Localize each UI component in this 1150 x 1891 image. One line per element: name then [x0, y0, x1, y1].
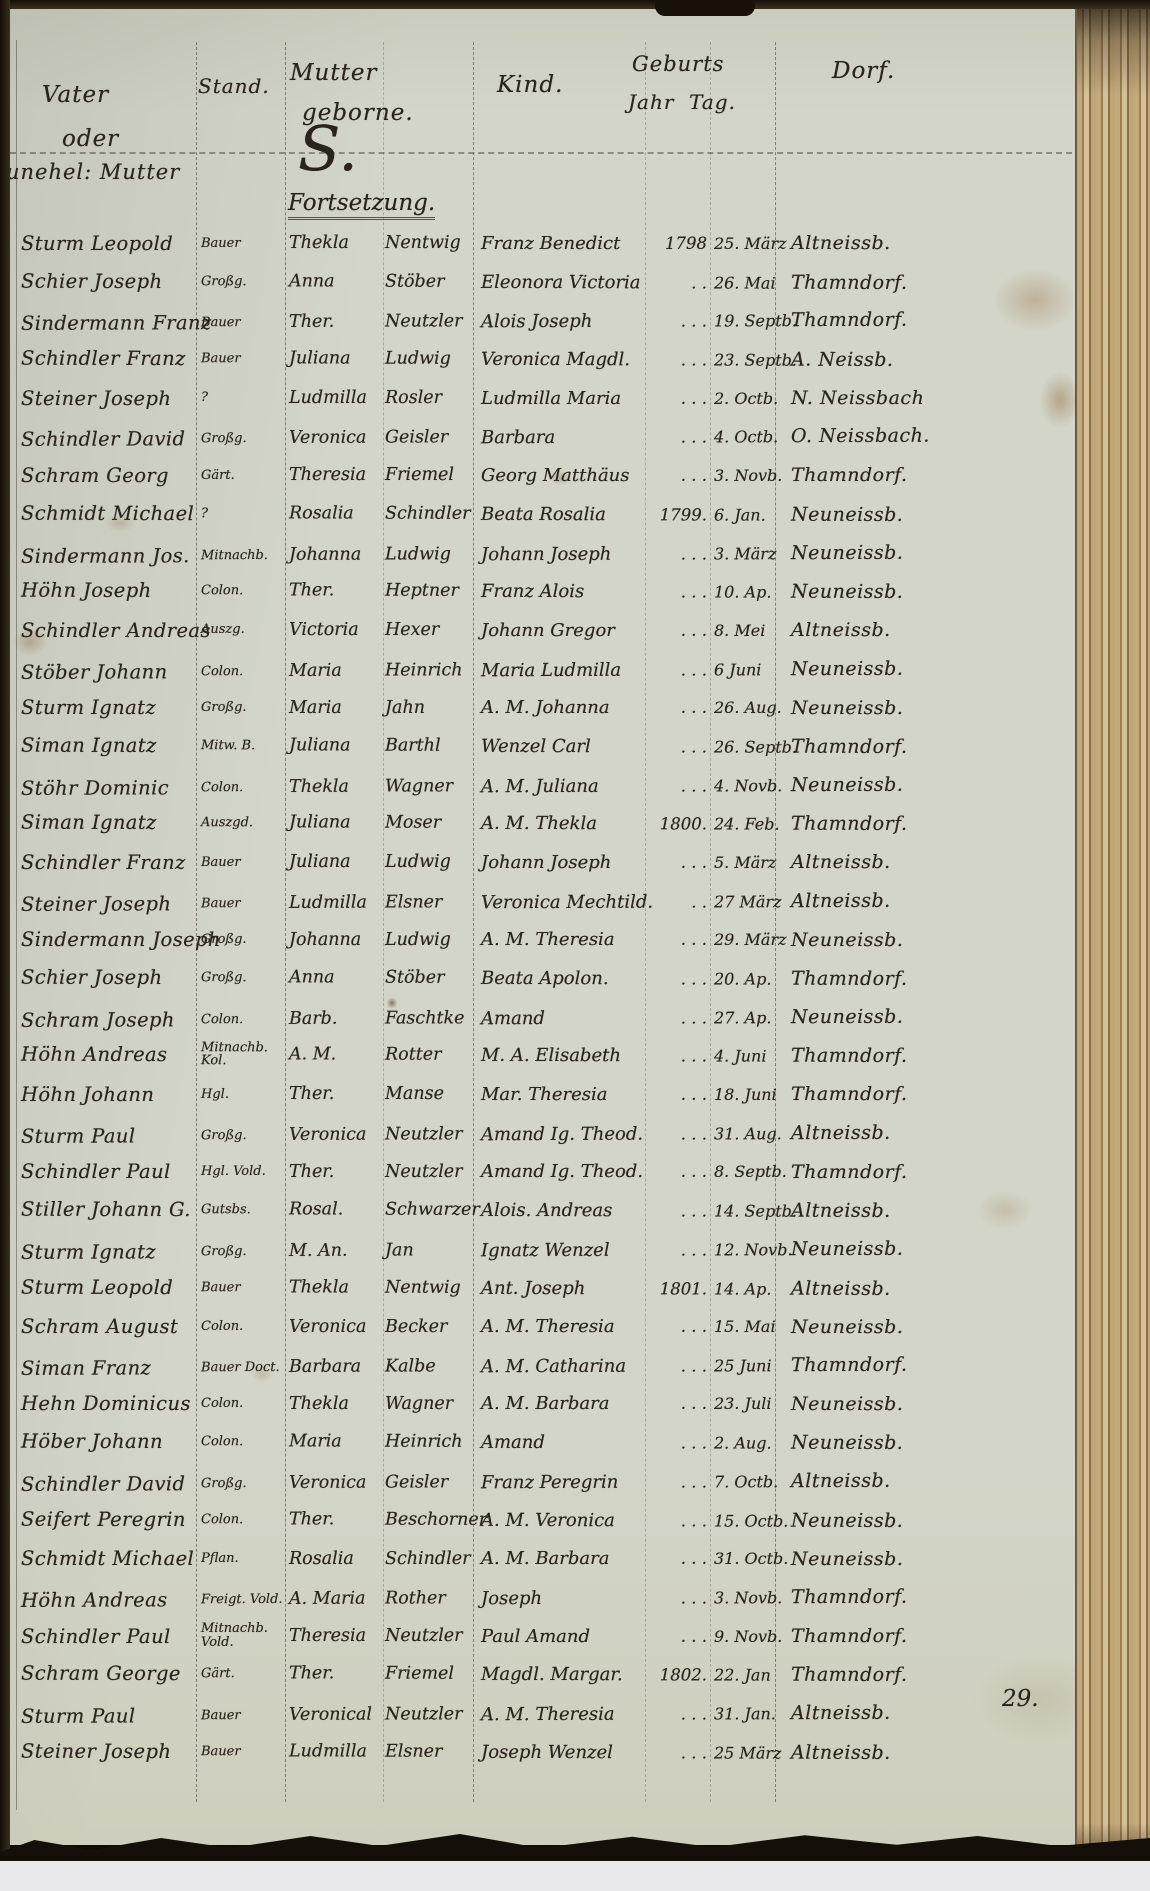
birth-day-cell: 6 Juni [710, 660, 775, 679]
table-row: Siman Franz Bauer Doct. Barbara Kalbe A.… [15, 1345, 1075, 1387]
header-village: Dorf. [832, 58, 895, 84]
mother-firstname-cell: Barb. [285, 1009, 383, 1029]
village-cell: Neuneissb. [775, 773, 1075, 796]
village-cell: Neuneissb. [775, 1510, 1075, 1533]
father-name-cell: Schier Joseph [15, 966, 196, 989]
father-name-cell: Steiner Joseph [15, 892, 196, 916]
stand-cell: Bauer Doct. [196, 1360, 285, 1374]
stand-cell: Großg. [196, 1476, 285, 1490]
mother-surname-cell: Friemel [383, 465, 473, 485]
mother-surname-cell: Ludwig [383, 349, 473, 369]
mother-surname-cell: Barthl [383, 736, 473, 756]
mother-firstname-cell: Veronica [285, 1473, 383, 1493]
birth-day-cell: 20. Ap. [710, 969, 775, 988]
birth-year-cell: . . . [645, 1511, 710, 1530]
birth-year-cell: . . . [645, 466, 710, 485]
mother-firstname-cell: Juliana [285, 813, 383, 833]
village-cell: Altneissb. [775, 851, 1075, 873]
table-row: Sturm Leopold Bauer Thekla Nentwig Ant. … [15, 1267, 1075, 1308]
village-cell: Neuneissb. [775, 1432, 1075, 1455]
child-name-cell: Franz Benedict [473, 233, 645, 254]
stand-cell: Hgl. Vold. [196, 1165, 285, 1179]
birth-year-cell: . . . [645, 776, 710, 795]
mother-surname-cell: Schwarzer [383, 1200, 473, 1220]
stand-cell: ? [196, 506, 285, 520]
mother-surname-cell: Nentwig [383, 1277, 473, 1297]
mother-firstname-cell: Veronica [285, 428, 383, 448]
birth-year-cell: . . . [645, 698, 710, 717]
birth-year-cell: . . . [645, 660, 710, 679]
village-cell: Altneissb. [775, 889, 1075, 912]
child-name-cell: Barbara [473, 427, 645, 449]
mother-firstname-cell: Barbara [285, 1357, 383, 1377]
birth-year-cell: . . . [645, 350, 710, 369]
mother-firstname-cell: Maria [285, 660, 383, 680]
father-name-cell: Sturm Leopold [15, 1275, 196, 1298]
mother-firstname-cell: Thekla [285, 777, 383, 797]
stand-cell: Auszgd. [196, 816, 285, 830]
birth-day-cell: 4. Novb. [710, 776, 775, 795]
stand-cell: Mitw. B. [196, 739, 285, 753]
mother-firstname-cell: Juliana [285, 736, 383, 756]
birth-day-cell: 3. März [710, 544, 775, 563]
mother-surname-cell: Elsner [383, 892, 473, 912]
father-name-cell: Steiner Joseph [15, 387, 196, 410]
mother-firstname-cell: Johanna [285, 930, 383, 950]
child-name-cell: Joseph [473, 1588, 645, 1610]
mother-surname-cell: Moser [383, 813, 473, 833]
child-name-cell: M. A. Elisabeth [473, 1045, 645, 1066]
header-rule [10, 152, 1072, 154]
child-name-cell: A. M. Johanna [473, 697, 645, 718]
mother-firstname-cell: Ther. [285, 581, 383, 601]
child-name-cell: A. M. Veronica [473, 1509, 645, 1530]
stand-cell: Gutsbs. [196, 1203, 285, 1217]
birth-year-cell: . . . [645, 544, 710, 563]
father-name-cell: Schindler Andreas [15, 619, 196, 642]
child-name-cell: Wenzel Carl [473, 736, 645, 757]
father-name-cell: Seifert Peregrin [15, 1507, 196, 1530]
child-name-cell: Franz Peregrin [473, 1471, 645, 1493]
father-name-cell: Stöber Johann [15, 660, 196, 684]
birth-year-cell: . . . [645, 312, 710, 331]
child-name-cell: Johann Joseph [473, 543, 645, 565]
birth-day-cell: 31. Jan. [710, 1704, 775, 1723]
header-birth-line2: Jahr Tag. [628, 90, 736, 114]
mother-surname-cell: Neutzler [383, 1162, 473, 1182]
father-name-cell: Höhn Andreas [15, 1043, 196, 1066]
father-name-cell: Schier Joseph [15, 269, 196, 292]
table-row: Höhn Andreas Freigt. Vold. A. Maria Roth… [15, 1577, 1075, 1619]
birth-day-cell: 4. Octb. [710, 427, 775, 446]
table-row: Schindler David Großg. Veronica Geisler … [15, 417, 1075, 459]
mother-surname-cell: Schindler [383, 1549, 473, 1569]
book-scan: { "page": { "paper_color": "#d2d5c8", "i… [0, 0, 1150, 1891]
village-cell: Altneissb. [775, 232, 1075, 254]
mother-firstname-cell: Victoria [285, 620, 383, 640]
mother-surname-cell: Heptner [383, 581, 473, 601]
village-cell: Altneissb. [775, 619, 1075, 641]
mother-firstname-cell: Johanna [285, 544, 383, 564]
birth-year-cell: . . . [645, 428, 710, 447]
birth-year-cell: 1798 [645, 234, 710, 253]
table-row: Sturm Paul Großg. Veronica Neutzler Aman… [15, 1113, 1075, 1155]
stand-cell: Colon. [196, 1320, 285, 1334]
father-name-cell: Sindermann Joseph [15, 928, 196, 951]
table-row: Sturm Paul Bauer Veronical Neutzler A. M… [15, 1693, 1075, 1735]
mother-surname-cell: Ludwig [383, 852, 473, 872]
mother-firstname-cell: Maria [285, 698, 383, 718]
birth-year-cell: 1800. [645, 814, 710, 833]
mother-surname-cell: Neutzler [383, 312, 473, 332]
child-name-cell: A. M. Theresia [473, 1704, 645, 1726]
header-child: Kind. [497, 72, 563, 98]
mother-surname-cell: Becker [383, 1317, 473, 1337]
table-row: Sturm Leopold Bauer Thekla Nentwig Franz… [15, 224, 1075, 263]
stand-cell: Großg. [196, 701, 285, 715]
binding-top-smudge [655, 0, 755, 16]
stand-cell: Bauer [196, 856, 285, 870]
village-cell: Thamndorf. [775, 1625, 1075, 1647]
table-row: Schram Joseph Colon. Barb. Faschtke Aman… [15, 997, 1075, 1039]
village-cell: Thamndorf. [775, 1161, 1075, 1183]
village-cell: Thamndorf. [775, 309, 1075, 332]
child-name-cell: Veronica Magdl. [473, 349, 645, 370]
birth-day-cell: 7. Octb. [710, 1472, 775, 1491]
stand-cell: Bauer [196, 896, 285, 910]
birth-year-cell: . . . [645, 1588, 710, 1607]
table-row: Sturm Ignatz Großg. M. An. Jan Ignatz We… [15, 1229, 1075, 1271]
birth-day-cell: 24. Feb. [710, 815, 775, 834]
birth-day-cell: 26. Aug. [710, 698, 775, 717]
village-cell: Thamndorf. [775, 1586, 1075, 1609]
table-row: Schram Georg Gärt. Theresia Friemel Geor… [15, 456, 1075, 495]
child-name-cell: Franz Alois [473, 581, 645, 602]
stand-cell: Colon. [196, 1435, 285, 1449]
mother-surname-cell: Hexer [383, 620, 473, 640]
stand-cell: Bauer [196, 352, 285, 366]
birth-day-cell: 3. Novb. [710, 466, 775, 485]
birth-day-cell: 31. Octb. [710, 1549, 775, 1568]
table-row: Schram August Colon. Veronica Becker A. … [15, 1307, 1075, 1346]
father-name-cell: Sturm Paul [15, 1704, 196, 1728]
table-row: Höhn Andreas Mitnachb. Kol. A. M. Rotter… [15, 1035, 1075, 1076]
stand-cell: Großg. [196, 432, 285, 446]
mother-firstname-cell: A. Maria [285, 1589, 383, 1609]
table-row: Steiner Joseph Bauer Ludmilla Elsner Ver… [15, 881, 1075, 923]
village-cell: Thamndorf. [775, 1353, 1075, 1376]
birth-year-cell: . . . [645, 389, 710, 408]
mother-firstname-cell: Thekla [285, 1394, 383, 1414]
child-name-cell: Amand Ig. Theod. [473, 1161, 645, 1182]
table-row: Stöber Johann Colon. Maria Heinrich Mari… [15, 649, 1075, 691]
stand-cell: Colon. [196, 1512, 285, 1526]
mother-firstname-cell: Theresia [285, 1626, 383, 1646]
stand-cell: Freigt. Vold. [196, 1592, 285, 1606]
village-cell: Neuneissb. [775, 929, 1075, 951]
mother-firstname-cell: Juliana [285, 852, 383, 872]
birth-day-cell: 23. Septb. [710, 350, 775, 369]
father-name-cell: Steiner Joseph [15, 1739, 196, 1762]
father-name-cell: Sindermann Franz [15, 311, 196, 335]
mother-firstname-cell: Anna [285, 271, 383, 291]
birth-day-cell: 27 März [710, 892, 775, 911]
mother-surname-cell: Manse [383, 1084, 473, 1104]
stand-cell: Mitnachb. Kol. [196, 1041, 285, 1069]
mother-surname-cell: Elsner [383, 1742, 473, 1762]
mother-firstname-cell: Ther. [285, 1084, 383, 1104]
header-father-line2: oder [62, 126, 119, 152]
mother-firstname-cell: Rosal. [285, 1200, 383, 1220]
birth-year-cell: . . . [645, 1085, 710, 1104]
child-name-cell: Ignatz Wenzel [473, 1239, 645, 1261]
stand-cell: Gärt. [196, 1667, 285, 1681]
father-name-cell: Sturm Leopold [15, 232, 196, 255]
mother-firstname-cell: Juliana [285, 349, 383, 369]
stand-cell: Bauer [196, 1280, 285, 1294]
table-row: Schier Joseph Großg. Anna Stöber Beata A… [15, 958, 1075, 999]
child-name-cell: Johann Joseph [473, 852, 645, 873]
child-name-cell: Ludmilla Maria [473, 388, 645, 409]
child-name-cell: A. M. Barbara [473, 1393, 645, 1414]
mother-surname-cell: Wagner [383, 1394, 473, 1414]
table-row: Schmidt Michael Pflan. Rosalia Schindler… [15, 1539, 1075, 1578]
birth-year-cell: . . . [645, 621, 710, 640]
birth-year-cell: . . . [645, 582, 710, 601]
mother-surname-cell: Neutzler [383, 1626, 473, 1646]
table-row: Stöhr Dominic Colon. Thekla Wagner A. M.… [15, 765, 1075, 807]
birth-day-cell: 23. Juli [710, 1394, 775, 1413]
stand-cell: Pflan. [196, 1552, 285, 1566]
village-cell: Altneissb. [775, 1200, 1075, 1223]
village-cell: Neuneissb. [775, 1005, 1075, 1028]
father-name-cell: Höber Johann [15, 1430, 196, 1453]
section-letter: S. [298, 118, 358, 180]
mother-surname-cell: Ludwig [383, 930, 473, 950]
table-row: Sindermann Joseph Großg. Johanna Ludwig … [15, 920, 1075, 959]
village-cell: Thamndorf. [775, 968, 1075, 991]
child-name-cell: A. M. Thekla [473, 813, 645, 834]
page-number: 29. [1002, 1686, 1039, 1712]
table-row: Schram George Gärt. Ther. Friemel Magdl.… [15, 1654, 1075, 1695]
register-page: Vater oder unehel: Mutter Stand. Mutter … [0, 0, 1150, 1845]
birth-day-cell: 18. Juni [710, 1085, 775, 1104]
father-name-cell: Höhn Joseph [15, 579, 196, 602]
mother-firstname-cell: Thekla [285, 233, 383, 253]
mother-firstname-cell: Ludmilla [285, 388, 383, 408]
mother-surname-cell: Jahn [383, 698, 473, 718]
father-name-cell: Schindler David [15, 1472, 196, 1496]
table-row: Siman Ignatz Auszgd. Juliana Moser A. M.… [15, 803, 1075, 844]
mother-surname-cell: Geisler [383, 428, 473, 448]
child-name-cell: Beata Rosalia [473, 503, 645, 524]
binding-left-edge [0, 0, 10, 1860]
mother-firstname-cell: M. An. [285, 1241, 383, 1261]
birth-day-cell: 31. Aug. [710, 1124, 775, 1143]
village-cell: Neuneissb. [775, 504, 1075, 527]
birth-day-cell: 6. Jan. [710, 505, 775, 524]
birth-year-cell: . . . [645, 853, 710, 872]
header-father-line1: Vater [42, 82, 109, 108]
mother-firstname-cell: Thekla [285, 1277, 383, 1297]
mother-firstname-cell: Veronica [285, 1125, 383, 1145]
birth-day-cell: 8. Septb. [710, 1162, 775, 1181]
birth-year-cell: . . [645, 273, 710, 292]
birth-year-cell: 1799. [645, 505, 710, 524]
mother-surname-cell: Wagner [383, 776, 473, 796]
child-name-cell: Alois Joseph [473, 311, 645, 333]
child-name-cell: Amand [473, 1432, 645, 1453]
mother-firstname-cell: Ther. [285, 1509, 383, 1529]
child-name-cell: A. M. Theresia [473, 929, 645, 950]
mother-surname-cell: Stöber [383, 272, 473, 292]
village-cell: Thamndorf. [775, 272, 1075, 295]
mother-surname-cell: Faschtke [383, 1008, 473, 1028]
stand-cell: Großg. [196, 933, 285, 947]
child-name-cell: Amand [473, 1007, 645, 1029]
stand-cell: ? [196, 391, 285, 405]
table-row: Steiner Joseph ? Ludmilla Rosler Ludmill… [15, 379, 1075, 418]
stand-cell: Großg. [196, 274, 285, 288]
father-name-cell: Schindler Paul [15, 1160, 196, 1183]
mother-surname-cell: Geisler [383, 1473, 473, 1493]
table-row: Schindler Paul Hgl. Vold. Ther. Neutzler… [15, 1153, 1075, 1192]
mother-firstname-cell: Veronical [285, 1705, 383, 1725]
mother-surname-cell: Schindler [383, 504, 473, 524]
table-row: Sindermann Franz Bauer Ther. Neutzler Al… [15, 301, 1075, 343]
table-row: Schindler Franz Bauer Juliana Ludwig Joh… [15, 843, 1075, 882]
birth-day-cell: 2. Aug. [710, 1434, 775, 1453]
village-cell: Neuneissb. [775, 581, 1075, 604]
father-name-cell: Schmidt Michael [15, 1547, 196, 1570]
header-birth-line1: Geburts [632, 52, 724, 76]
village-cell: Neuneissb. [775, 541, 1075, 564]
birth-year-cell: . . . [645, 1008, 710, 1027]
birth-day-cell: 25 März [710, 1743, 775, 1762]
birth-year-cell: . . . [645, 930, 710, 949]
child-name-cell: Amand Ig. Theod. [473, 1123, 645, 1145]
birth-day-cell: 19. Septb. [710, 311, 775, 330]
mother-firstname-cell: Maria [285, 1432, 383, 1452]
village-cell: Thamndorf. [775, 1045, 1075, 1068]
child-name-cell: Paul Amand [473, 1626, 645, 1647]
mother-firstname-cell: Veronica [285, 1317, 383, 1337]
birth-day-cell: 15. Octb. [710, 1511, 775, 1530]
birth-year-cell: 1802. [645, 1666, 710, 1685]
birth-year-cell: . . . [645, 1472, 710, 1491]
scan-background-strip [0, 1861, 1150, 1891]
mother-surname-cell: Jan [383, 1240, 473, 1260]
birth-year-cell: . . . [645, 1356, 710, 1375]
table-row: Sindermann Jos. Mitnachb. Johanna Ludwig… [15, 533, 1075, 575]
stand-cell: Großg. [196, 971, 285, 985]
mother-surname-cell: Heinrich [383, 660, 473, 680]
village-cell: Neuneissb. [775, 657, 1075, 680]
father-name-cell: Schindler Franz [15, 851, 196, 874]
stand-cell: Großg. [196, 1128, 285, 1142]
child-name-cell: Eleonora Victoria [473, 271, 645, 292]
birth-day-cell: 2. Octb. [710, 389, 775, 408]
father-name-cell: Schmidt Michael [15, 501, 196, 524]
father-name-cell: Schindler David [15, 427, 196, 451]
village-cell: Neuneissb. [775, 1237, 1075, 1260]
child-name-cell: Alois. Andreas [473, 1200, 645, 1221]
mother-surname-cell: Beschorner [383, 1510, 473, 1530]
header-father-line3: unehel: Mutter [6, 160, 180, 184]
mother-surname-cell: Nentwig [383, 233, 473, 253]
father-name-cell: Sturm Paul [15, 1124, 196, 1148]
child-name-cell: A. M. Juliana [473, 775, 645, 797]
stand-cell: Bauer [196, 237, 285, 251]
father-name-cell: Stiller Johann G. [15, 1198, 196, 1221]
village-cell: Altneissb. [775, 1742, 1075, 1765]
birth-day-cell: 27. Ap. [710, 1008, 775, 1027]
section-subtitle: Fortsetzung. [288, 190, 435, 220]
table-row: Steiner Joseph Bauer Ludmilla Elsner Jos… [15, 1731, 1075, 1772]
birth-day-cell: 25 Juni [710, 1356, 775, 1375]
mother-surname-cell: Stöber [383, 968, 473, 988]
father-name-cell: Schram August [15, 1315, 196, 1338]
table-row: Schindler David Großg. Veronica Geisler … [15, 1461, 1075, 1503]
mother-firstname-cell: Ther. [285, 1162, 383, 1182]
birth-year-cell: . . . [645, 1047, 710, 1066]
stand-cell: Mitnachb. [196, 548, 285, 562]
stand-cell: Bauer [196, 1709, 285, 1723]
birth-day-cell: 22. Jan [710, 1666, 775, 1685]
birth-year-cell: . . . [645, 1743, 710, 1762]
birth-year-cell: . . . [645, 1704, 710, 1723]
birth-year-cell: . . [645, 892, 710, 911]
stand-cell: Bauer [196, 1744, 285, 1758]
mother-surname-cell: Friemel [383, 1664, 473, 1684]
stand-cell: Bauer [196, 316, 285, 330]
stand-cell: Colon. [196, 780, 285, 794]
mother-firstname-cell: Ther. [285, 1664, 383, 1684]
birth-day-cell: 25. März [710, 234, 775, 253]
mother-firstname-cell: Ludmilla [285, 1741, 383, 1761]
village-cell: O. Neissbach. [775, 425, 1075, 448]
father-name-cell: Sturm Ignatz [15, 696, 196, 719]
table-row: Höhn Johann Hgl. Ther. Manse Mar. Theres… [15, 1075, 1075, 1114]
table-row: Siman Ignatz Mitw. B. Juliana Barthl Wen… [15, 726, 1075, 767]
table-row: Höber Johann Colon. Maria Heinrich Amand… [15, 1422, 1075, 1463]
child-name-cell: Joseph Wenzel [473, 1741, 645, 1762]
birth-year-cell: . . . [645, 1162, 710, 1181]
mother-surname-cell: Neutzler [383, 1705, 473, 1725]
father-name-cell: Hehn Dominicus [15, 1392, 196, 1415]
birth-day-cell: 26. Mai [710, 273, 775, 292]
child-name-cell: A. M. Theresia [473, 1316, 645, 1337]
mother-surname-cell: Rotter [383, 1045, 473, 1065]
mother-firstname-cell: Theresia [285, 465, 383, 485]
mother-surname-cell: Rosler [383, 388, 473, 408]
stand-cell: Großg. [196, 1244, 285, 1258]
village-cell: Thamndorf. [775, 1664, 1075, 1687]
father-name-cell: Schindler Paul [15, 1625, 196, 1648]
table-row: Stiller Johann G. Gutsbs. Rosal. Schwarz… [15, 1190, 1075, 1231]
mother-firstname-cell: Rosalia [285, 503, 383, 523]
stand-cell: Colon. [196, 664, 285, 678]
mother-firstname-cell: Rosalia [285, 1549, 383, 1569]
child-name-cell: A. M. Catharina [473, 1355, 645, 1377]
mother-firstname-cell: Ludmilla [285, 893, 383, 913]
stand-cell: Hgl. [196, 1088, 285, 1102]
child-name-cell: Veronica Mechtild. [473, 891, 645, 913]
birth-year-cell: . . . [645, 1201, 710, 1220]
village-cell: Neuneissb. [775, 1393, 1075, 1415]
table-row: Schindler Andreas Auszg. Victoria Hexer … [15, 611, 1075, 650]
stand-cell: Auszg. [196, 623, 285, 637]
